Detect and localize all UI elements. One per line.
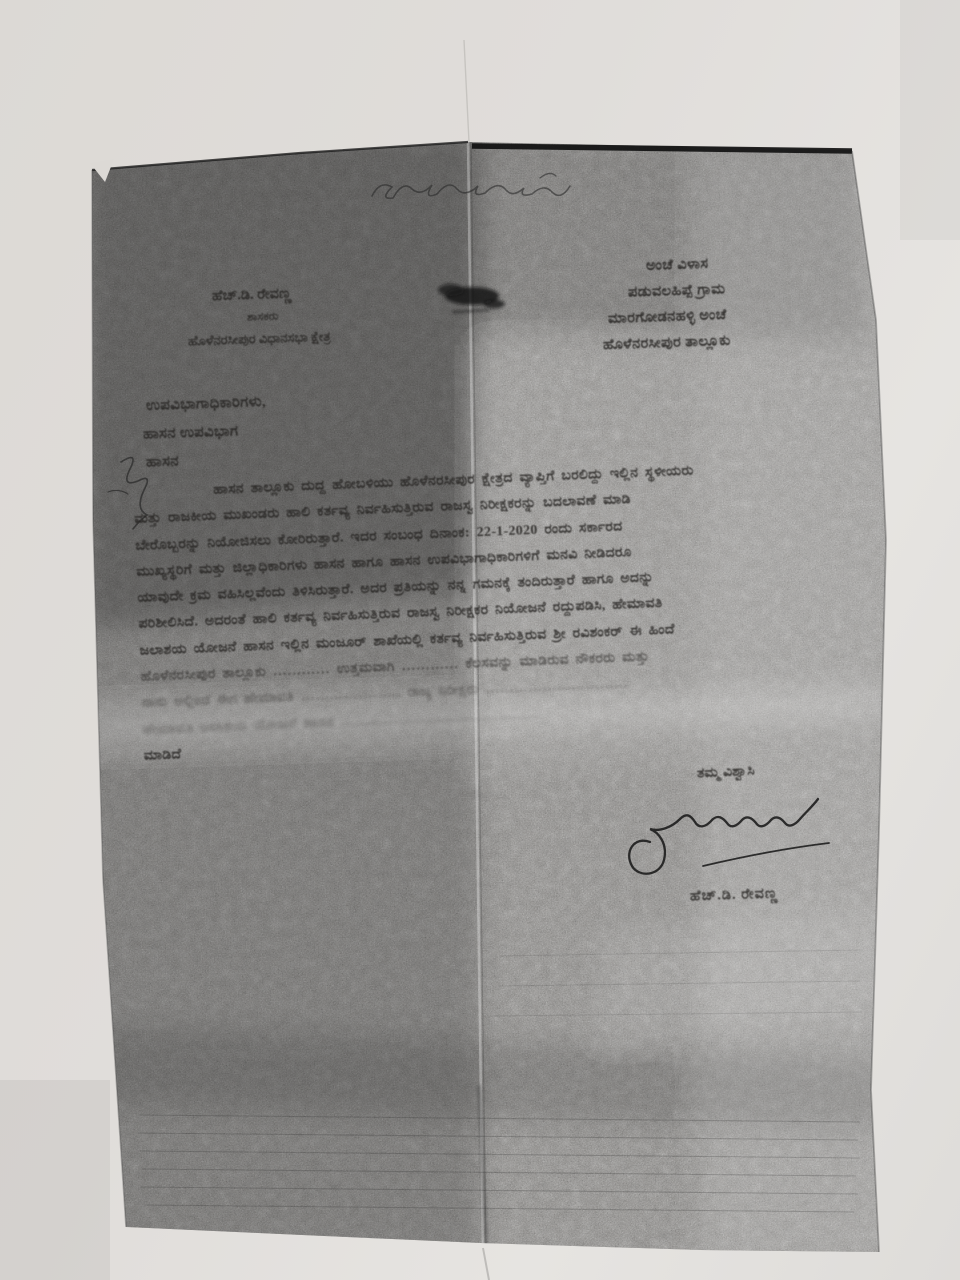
postal-address-line: ಪಡುವಲಹಿಪ್ಪೆ ಗ್ರಾಮ <box>628 282 726 301</box>
signatory-name: ಹೆಚ್.ಡಿ. ರೇವಣ್ಣ <box>690 886 779 905</box>
letterhead-name: ಹೆಚ್.ಡಿ. ರೇವಣ್ಣ <box>212 287 292 306</box>
letter-body: ಹಾಸನ ತಾಲ್ಲೂಕು ದುದ್ದ ಹೋಬಳಿಯು ಹೊಳೆನರಸೀಪುರ … <box>133 457 878 775</box>
photographed-document: ಹೆಚ್.ಡಿ. ರೇವಣ್ಣ ಶಾಸಕರು ಹೊಳೆನರಸೀಪುರ ವಿಧಾನ… <box>0 0 960 1280</box>
addressee-line: ಹಾಸನ <box>146 453 179 471</box>
addressee-line: ಹಾಸನ ಉಪವಿಭಾಗ <box>143 423 239 443</box>
letterhead-title: ಶಾಸಕರು <box>247 310 279 324</box>
valediction: ತಮ್ಮ ವಿಶ್ವಾಸಿ <box>697 763 755 781</box>
postal-address-heading: ಅಂಚೆ ವಿಳಾಸ <box>646 257 709 275</box>
